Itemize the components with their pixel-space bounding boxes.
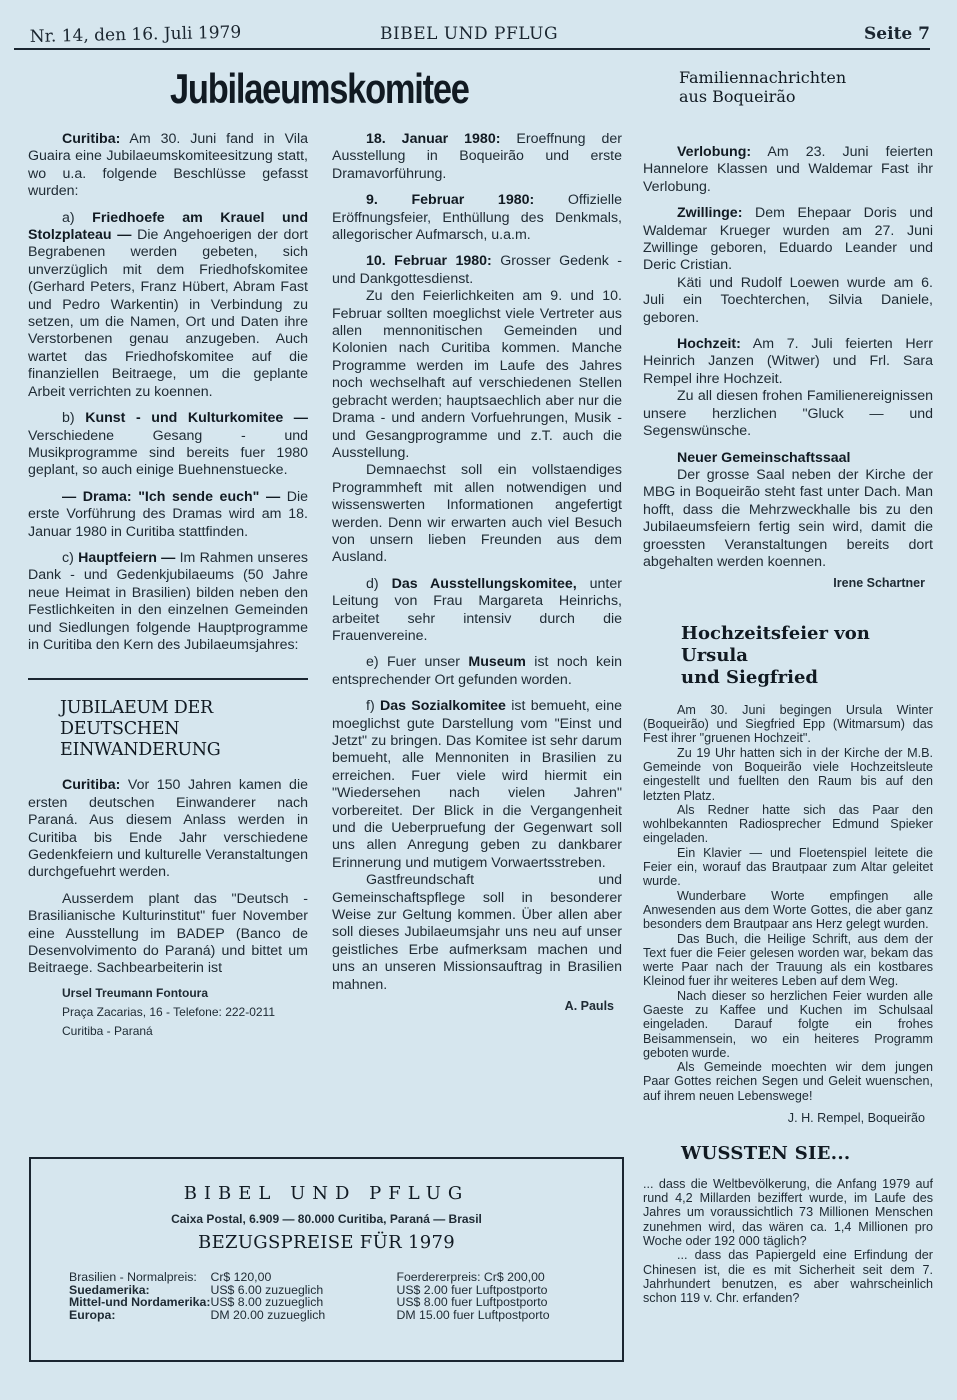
paragraph: ... dass die Weltbevölkerung, die Anfang… xyxy=(643,1177,933,1248)
paragraph: f) Das Sozialkomitee ist bemueht, eine m… xyxy=(332,698,622,872)
paragraph: Curitiba: Vor 150 Jahren kamen die erste… xyxy=(28,777,308,881)
table-row: Brasilien - Normalpreis: Cr$ 120,00 Foer… xyxy=(69,1271,550,1284)
column-3: Familiennachrichten aus Boqueirão Verlob… xyxy=(643,125,933,1305)
wussten-sie-body: ... dass die Weltbevölkerung, die Anfang… xyxy=(643,1177,933,1306)
article-title-hochzeitsfeier: Hochzeitsfeier von Ursula und Siegfried xyxy=(681,623,933,689)
author-signature: A. Pauls xyxy=(332,998,614,1015)
article-title-jubilaeumskomitee: Jubilaeumskomitee xyxy=(170,65,469,113)
paragraph: Käti und Rudolf Loewen wurde am 6. Juli … xyxy=(643,275,933,327)
paragraph: 18. Januar 1980: Eroeffnung der Ausstell… xyxy=(332,131,622,183)
table-row: Europa: DM 20.00 zuzueglich DM 15.00 fue… xyxy=(69,1309,550,1322)
paragraph: Ausserdem plant das "Deutsch - Brasilian… xyxy=(28,891,308,978)
paragraph: Curitiba: Am 30. Juni fand in Vila Guair… xyxy=(28,131,308,201)
subscription-box: BIBEL UND PFLUG Caixa Postal, 6.909 — 80… xyxy=(29,1157,624,1362)
box-subtitle: BEZUGSPREISE FÜR 1979 xyxy=(31,1232,622,1253)
article-title-einwanderung: JUBILAEUM DER DEUTSCHEN EINWANDERUNG xyxy=(60,698,308,761)
paragraph: Zu den Feierlichkeiten am 9. und 10. Feb… xyxy=(332,288,622,462)
box-title: BIBEL UND PFLUG xyxy=(31,1183,622,1204)
paragraph: 9. Februar 1980: Offizielle Eröffnungsfe… xyxy=(332,192,622,244)
paragraph: a) Friedhoefe am Krauel und Stolzplateau… xyxy=(28,210,308,401)
paragraph: — Drama: "Ich sende euch" — Die erste Vo… xyxy=(28,489,308,541)
author-signature: J. H. Rempel, Boqueirão xyxy=(643,1111,925,1125)
paragraph: Zu 19 Uhr hatten sich in der Kirche der … xyxy=(643,746,933,803)
paragraph: Demnaechst soll ein vollstaendiges Progr… xyxy=(332,462,622,566)
section-divider xyxy=(28,678,308,680)
paragraph: Zwillinge: Dem Ehepaar Doris und Waldema… xyxy=(643,205,933,275)
paragraph: Ein Klavier — und Floetenspiel leitete d… xyxy=(643,846,933,889)
paragraph: b) Kunst - und Kulturkomitee — Verschied… xyxy=(28,410,308,480)
column-1: Curitiba: Am 30. Juni fand in Vila Guair… xyxy=(28,131,308,1041)
subheading: Neuer Gemeinschaftssaal xyxy=(643,450,933,467)
author-signature: Irene Schartner xyxy=(643,575,925,592)
paragraph: e) Fuer unser Museum ist noch kein entsp… xyxy=(332,654,622,689)
paragraph: Das Buch, die Heilige Schrift, aus dem d… xyxy=(643,932,933,989)
price-table: Brasilien - Normalpreis: Cr$ 120,00 Foer… xyxy=(69,1271,550,1321)
table-row: Mittel-und Nordamerika: US$ 8.00 zuzuegl… xyxy=(69,1296,550,1309)
article-title-wussten-sie: WUSSTEN SIE... xyxy=(681,1145,933,1162)
page-header: Nr. 14, den 16. Juli 1979 BIBEL UND PFLU… xyxy=(30,24,930,50)
header-rule xyxy=(14,48,930,50)
hochzeitsfeier-body: Am 30. Juni begingen Ursula Winter (Boqu… xyxy=(643,703,933,1126)
publication-name: BIBEL UND PFLUG xyxy=(380,24,558,44)
paragraph: d) Das Ausstellungskomitee, unter Leitun… xyxy=(332,576,622,646)
paragraph: Zu all diesen frohen Familienereignissen… xyxy=(643,388,933,440)
paragraph: Am 30. Juni begingen Ursula Winter (Boqu… xyxy=(643,703,933,746)
column-2: 18. Januar 1980: Eroeffnung der Ausstell… xyxy=(332,131,622,1016)
contact-address: Praça Zacarias, 16 - Telefone: 222-0211 xyxy=(62,1003,308,1022)
paragraph: Gastfreundschaft und Gemeinschaftspflege… xyxy=(332,872,622,994)
contact-name: Ursel Treumann Fontoura xyxy=(62,984,308,1003)
paragraph: Wunderbare Worte empfingen alle Anwesend… xyxy=(643,889,933,932)
paragraph: Der grosse Saal neben der Kirche der MBG… xyxy=(643,467,933,571)
paragraph: Als Gemeinde moechten wir dem jungen Paa… xyxy=(643,1060,933,1103)
issue-date: Nr. 14, den 16. Juli 1979 xyxy=(30,23,242,47)
contact-city: Curitiba - Paraná xyxy=(62,1022,308,1041)
paragraph: Als Redner hatte sich das Paar den wohlb… xyxy=(643,803,933,846)
contact-block: Ursel Treumann Fontoura Praça Zacarias, … xyxy=(62,984,308,1041)
article-title-familiennachrichten: Familiennachrichten aus Boqueirão xyxy=(679,68,933,106)
box-address: Caixa Postal, 6.909 — 80.000 Curitiba, P… xyxy=(31,1212,622,1226)
paragraph: ... dass das Papiergeld eine Erfindung d… xyxy=(643,1248,933,1305)
page-number: Seite 7 xyxy=(864,24,930,44)
newspaper-page: Nr. 14, den 16. Juli 1979 BIBEL UND PFLU… xyxy=(0,0,957,1400)
paragraph: 10. Februar 1980: Grosser Gedenk - und D… xyxy=(332,253,622,288)
paragraph: Hochzeit: Am 7. Juli feierten Herr Heinr… xyxy=(643,336,933,388)
paragraph: Nach dieser so herzlichen Feier wurden a… xyxy=(643,989,933,1060)
paragraph: Verlobung: Am 23. Juni feierten Hannelor… xyxy=(643,144,933,196)
paragraph: c) Hauptfeiern — Im Rahmen unseres Dank … xyxy=(28,550,308,654)
